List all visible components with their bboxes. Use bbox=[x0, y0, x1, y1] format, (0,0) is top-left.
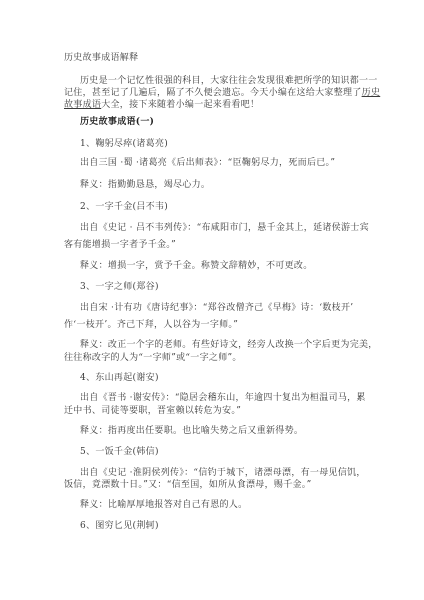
item-meaning: 释义：指再度出任要职。也比喻失势之后又重新得势。 bbox=[80, 426, 303, 437]
item-source-cont: 作‘一枝开’。齐己下拜，人以谷为一字师。” bbox=[64, 320, 238, 331]
intro-line-2: 记住，甚至记了几遍后，隔了不久便会遗忘。今天小编在这给大家整理了历史 bbox=[64, 88, 380, 99]
item-heading: 5、一饭千金(韩信) bbox=[80, 447, 159, 458]
item-meaning: 释义：增损一字，赏予千金。称赞文辞精妙，不可更改。 bbox=[80, 261, 313, 272]
document-title: 历史故事成语解释 bbox=[64, 53, 138, 64]
item-meaning: 释义：指勤勤恳恳，竭尽心力。 bbox=[80, 180, 210, 191]
item-source: 出自宋 ·计有功《唐诗纪事》：“郑谷改僧齐己《早梅》诗：‘数枝开’ bbox=[80, 303, 353, 314]
document-page: 历史故事成语解释 历史是一个记忆性很强的科目，大家往往会发现很难把所学的知识都一… bbox=[0, 0, 424, 600]
history-link-part1[interactable]: 历史 bbox=[362, 88, 381, 98]
item-source: 出自《史记 · 吕不韦列传》：“布咸阳市门，悬千金其上，延诸侯游士宾 bbox=[80, 223, 369, 234]
item-meaning: 释义：比喻厚厚地报答对自己有恩的人。 bbox=[80, 500, 247, 511]
item-source: 出自《晋书 ·谢安传》：“隐居会稽东山，年逾四十复出为桓温司马，累 bbox=[80, 393, 366, 404]
intro-line-3: 故事成语大全，接下来随着小编一起来看看吧！ bbox=[64, 100, 259, 111]
item-source: 出自《史记 ·淮阴侯列传》：“信钓于城下，诸漂母漂，有一母见信饥， bbox=[80, 468, 366, 479]
item-heading: 2、一字千金(吕不韦) bbox=[80, 202, 168, 213]
item-source-cont: 饭信，竟漂数十日。”又：“信至国，如所从食漂母，赐千金。” bbox=[64, 480, 312, 491]
item-heading: 4、东山再起(谢安) bbox=[80, 373, 159, 384]
section-heading: 历史故事成语(一) bbox=[80, 117, 154, 128]
intro-line-1: 历史是一个记忆性很强的科目，大家往往会发现很难把所学的知识都一一 bbox=[80, 76, 378, 87]
intro-line-2-text: 记住，甚至记了几遍后，隔了不久便会遗忘。今天小编在这给大家整理了 bbox=[64, 88, 362, 98]
intro-line-3-text: 大全，接下来随着小编一起来看看吧！ bbox=[101, 100, 259, 110]
item-heading: 6、图穷匕见(荆轲) bbox=[80, 521, 159, 532]
item-source-cont: 客有能增损一字者予千金。” bbox=[64, 240, 176, 251]
item-source-cont: 迁中书、司徒等要职，晋室赖以转危为安。” bbox=[64, 406, 241, 417]
history-link-part2[interactable]: 故事成语 bbox=[64, 100, 101, 110]
item-heading: 3、一字之师(郑谷) bbox=[80, 282, 159, 293]
item-source: 出自三国 ·蜀 ·诸葛亮《后出师表》：“臣鞠躬尽力，死而后已。” bbox=[80, 158, 335, 169]
item-meaning: 释义：改正一个字的老师。有些好诗文，经旁人改换一个字后更为完美， bbox=[80, 340, 378, 351]
item-meaning-cont: 往往称改字的人为“一字师”或“一字之师”。 bbox=[64, 353, 242, 364]
item-heading: 1、鞠躬尽瘁(诸葛亮) bbox=[80, 139, 168, 150]
